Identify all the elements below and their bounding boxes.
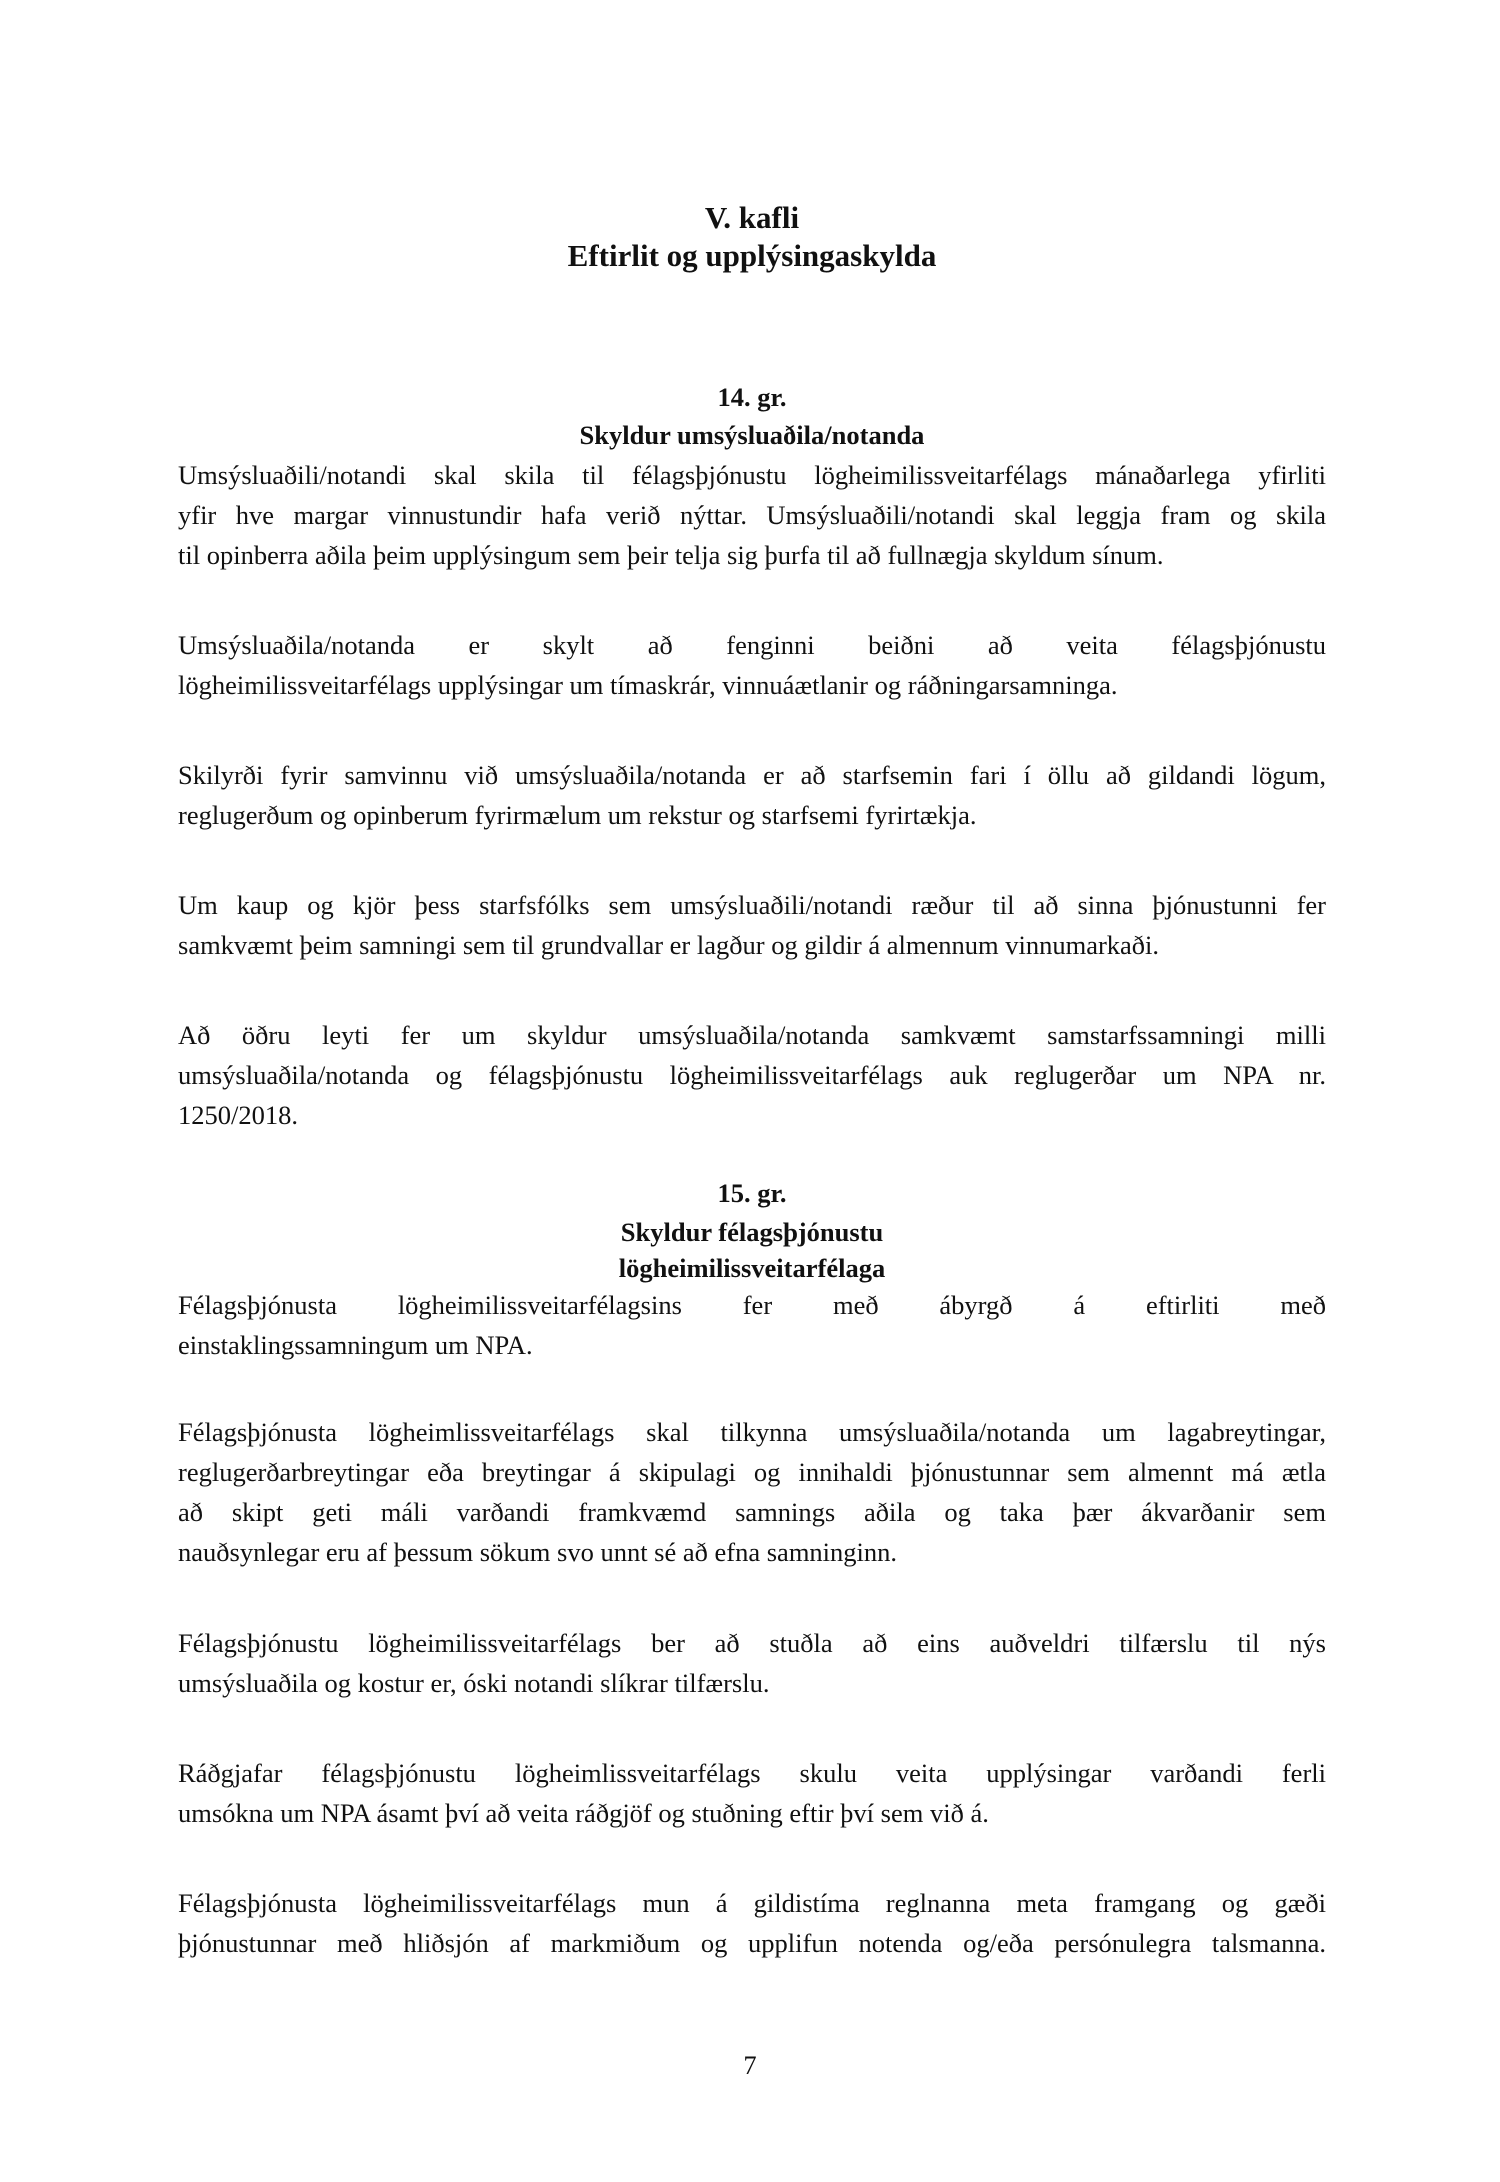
- article-15-number: 15. gr.: [178, 1174, 1326, 1212]
- paragraph-line: Að öðru leyti fer um skyldur umsýsluaðil…: [178, 1015, 1326, 1055]
- paragraph-line: Ráðgjafar félagsþjónustu lögheimlissveit…: [178, 1753, 1326, 1793]
- paragraph-line: til opinberra aðila þeim upplýsingum sem…: [178, 535, 1326, 575]
- paragraph-line: þjónustunnar með hliðsjón af markmiðum o…: [178, 1923, 1326, 1963]
- paragraph-line: umsýsluaðila/notanda og félagsþjónustu l…: [178, 1055, 1326, 1095]
- paragraph-line: lögheimilissveitarfélags upplýsingar um …: [178, 665, 1326, 705]
- paragraph-line: Félagsþjónusta lögheimlissveitarfélags s…: [178, 1412, 1326, 1452]
- paragraph-line: Félagsþjónustu lögheimilissveitarfélags …: [178, 1623, 1326, 1663]
- paragraph-line: Félagsþjónusta lögheimilissveitarfélags …: [178, 1883, 1326, 1923]
- paragraph-line: 1250/2018.: [178, 1095, 1326, 1135]
- paragraph-line: Um kaup og kjör þess starfsfólks sem ums…: [178, 885, 1326, 925]
- article-14-number: 14. gr.: [178, 378, 1326, 416]
- paragraph-line: reglugerðum og opinberum fyrirmælum um r…: [178, 795, 1326, 835]
- paragraph-line: Félagsþjónusta lögheimilissveitarfélagsi…: [178, 1285, 1326, 1325]
- article-14-title: Skyldur umsýsluaðila/notanda: [178, 416, 1326, 454]
- paragraph-line: yfir hve margar vinnustundir hafa verið …: [178, 495, 1326, 535]
- paragraph-line: Umsýsluaðili/notandi skal skila til féla…: [178, 455, 1326, 495]
- paragraph-line: að skipt geti máli varðandi framkvæmd sa…: [178, 1492, 1326, 1532]
- paragraph-line: umsýsluaðila og kostur er, óski notandi …: [178, 1663, 1326, 1703]
- paragraph-line: umsókna um NPA ásamt því að veita ráðgjö…: [178, 1793, 1326, 1833]
- document-page: V. kafli Eftirlit og upplýsingaskylda 14…: [0, 0, 1500, 2182]
- article-15-title-line-2: lögheimilissveitarfélaga: [178, 1249, 1326, 1287]
- paragraph-line: nauðsynlegar eru af þessum sökum svo unn…: [178, 1532, 1326, 1572]
- article-15-title-line-1: Skyldur félagsþjónustu: [178, 1213, 1326, 1251]
- paragraph-line: samkvæmt þeim samningi sem til grundvall…: [178, 925, 1326, 965]
- page-number: 7: [0, 2050, 1500, 2080]
- paragraph-line: Skilyrði fyrir samvinnu við umsýsluaðila…: [178, 755, 1326, 795]
- paragraph-line: Umsýsluaðila/notanda er skylt að fenginn…: [178, 625, 1326, 665]
- chapter-title: Eftirlit og upplýsingaskylda: [178, 238, 1326, 274]
- paragraph-line: einstaklingssamningum um NPA.: [178, 1325, 1326, 1365]
- chapter-number: V. kafli: [178, 200, 1326, 236]
- paragraph-line: reglugerðarbreytingar eða breytingar á s…: [178, 1452, 1326, 1492]
